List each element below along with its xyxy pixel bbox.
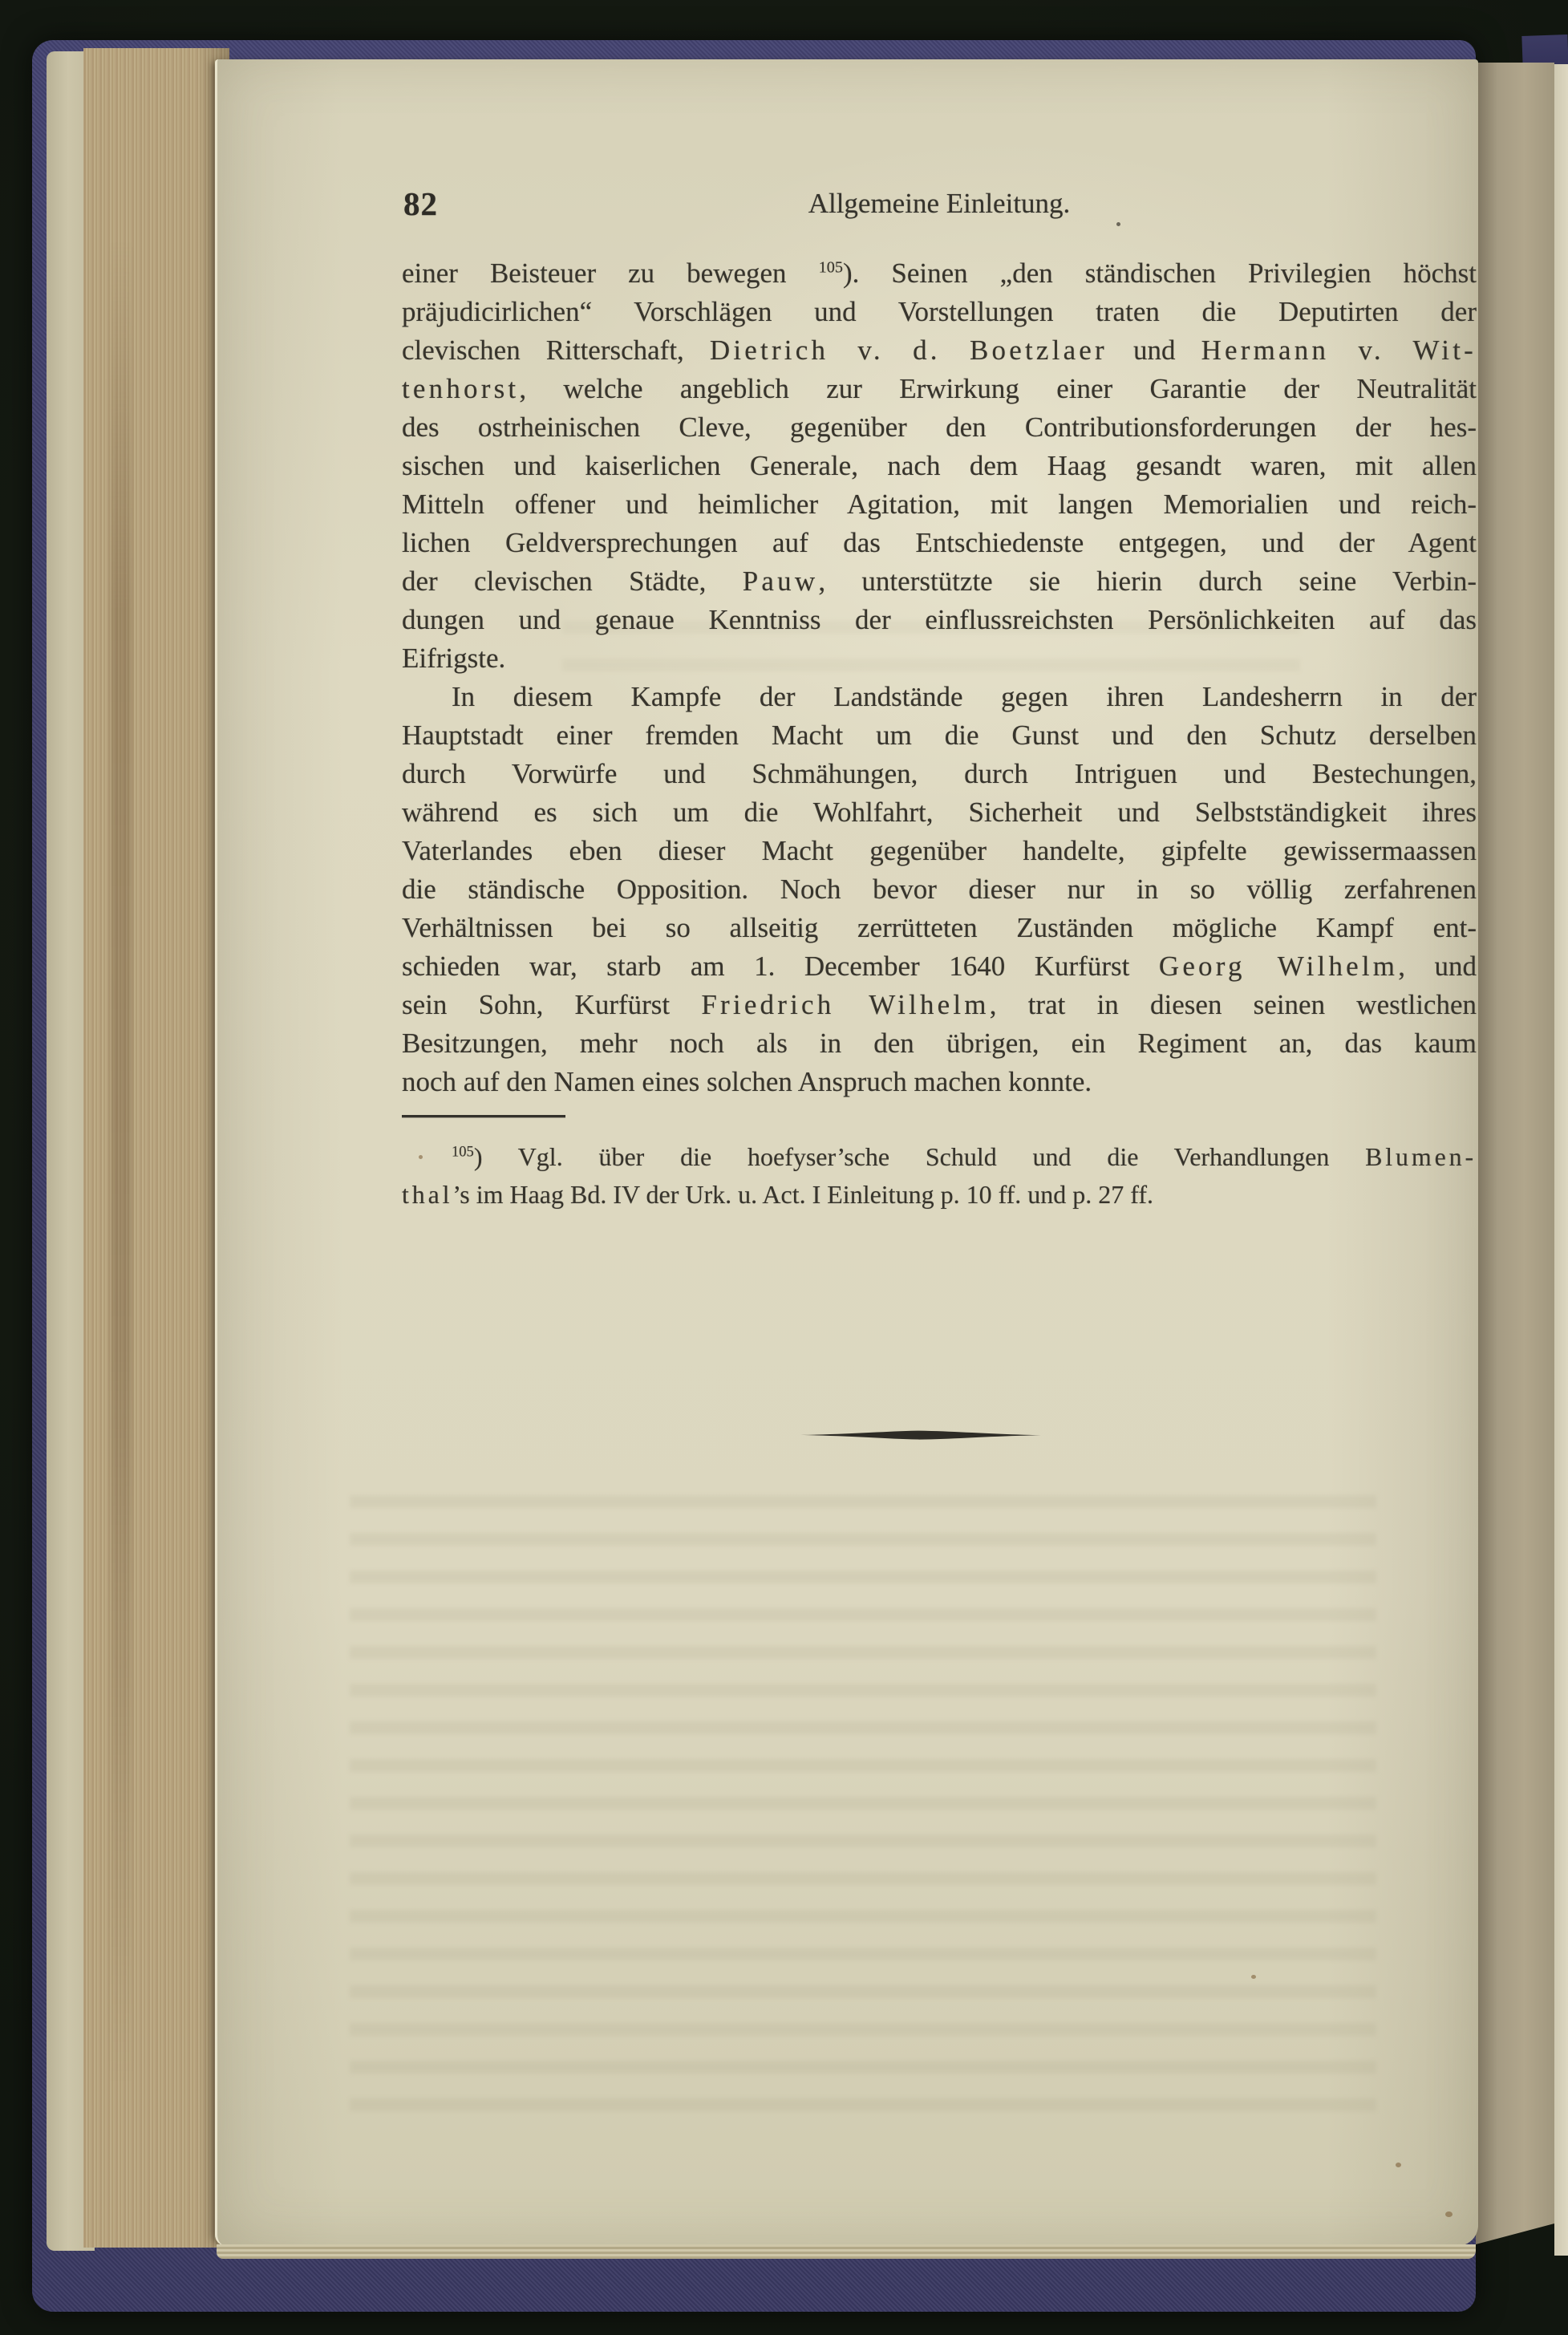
facing-page-edge (1554, 64, 1568, 2256)
text-line: tenhorst, welche angeblich zur Erwirkung… (402, 370, 1477, 408)
body-text: einer Beisteuer zu bewegen 105). Seinen … (402, 254, 1477, 1101)
show-through-ghost (350, 1495, 1376, 2129)
bottom-page-edges (217, 2244, 1476, 2259)
text-line: Eifrigste. (402, 639, 1477, 678)
footnote-text: 105) Vgl. über die hoefyser’sche Schuld … (402, 1138, 1477, 1214)
text-line: Hauptstadt einer fremden Macht um die Gu… (402, 716, 1477, 755)
paper-speck (1116, 222, 1120, 226)
text-line: während es sich um die Wohlfahrt, Sicher… (402, 793, 1477, 832)
paper-speck (1251, 1975, 1256, 1979)
text-line: noch auf den Namen eines solchen Anspruc… (402, 1063, 1477, 1101)
facing-cover-edge (1521, 34, 1568, 67)
text-line: 105) Vgl. über die hoefyser’sche Schuld … (402, 1138, 1477, 1176)
text-line: des ostrheinischen Cleve, gegenüber den … (402, 408, 1477, 447)
text-line: Verhältnissen bei so allseitig zerrüttet… (402, 909, 1477, 947)
text-line: schieden war, starb am 1. December 1640 … (402, 947, 1477, 986)
paper-speck (1396, 2163, 1401, 2167)
text-line: durch Vorwürfe und Schmähungen, durch In… (402, 755, 1477, 793)
photo-background: 82 Allgemeine Einleitung. einer Beisteue… (0, 0, 1568, 2335)
text-line: Mitteln offener und heimlicher Agitation… (402, 485, 1477, 524)
text-line: In diesem Kampfe der Landstände gegen ih… (402, 678, 1477, 716)
text-line: die ständische Opposition. Noch bevor di… (402, 870, 1477, 909)
gutter-shadow (1476, 63, 1554, 2244)
text-line: thal’s im Haag Bd. IV der Urk. u. Act. I… (402, 1176, 1477, 1214)
text-line: Vaterlandes eben dieser Macht gegenüber … (402, 832, 1477, 870)
text-line: clevischen Ritterschaft, Dietrich v. d. … (402, 331, 1477, 370)
text-line: sein Sohn, Kurfürst Friedrich Wilhelm, t… (402, 986, 1477, 1024)
page-header: 82 Allgemeine Einleitung. (402, 188, 1477, 229)
text-line: präjudicirlichen“ Vorschlägen und Vorste… (402, 293, 1477, 331)
text-line: der clevischen Städte, Pauw, unterstützt… (402, 562, 1477, 601)
page-number: 82 (403, 184, 438, 223)
footnote-rule (402, 1115, 565, 1117)
text-line: dungen und genaue Kenntniss der einfluss… (402, 601, 1477, 639)
book-page: 82 Allgemeine Einleitung. einer Beisteue… (215, 59, 1478, 2246)
fore-edge-pages (83, 48, 229, 2248)
section-divider-swelled-rule (800, 1429, 1041, 1441)
text-line: Besitzungen, mehr noch als in den übrige… (402, 1024, 1477, 1063)
fore-edge-stain (111, 241, 132, 2086)
text-line: lichen Geldversprechungen auf das Entsch… (402, 524, 1477, 562)
running-header: Allgemeine Einleitung. (402, 188, 1477, 220)
text-line: sischen und kaiserlichen Generale, nach … (402, 447, 1477, 485)
paper-speck (419, 1155, 423, 1159)
text-line: einer Beisteuer zu bewegen 105). Seinen … (402, 254, 1477, 293)
paper-speck (1445, 2211, 1453, 2217)
